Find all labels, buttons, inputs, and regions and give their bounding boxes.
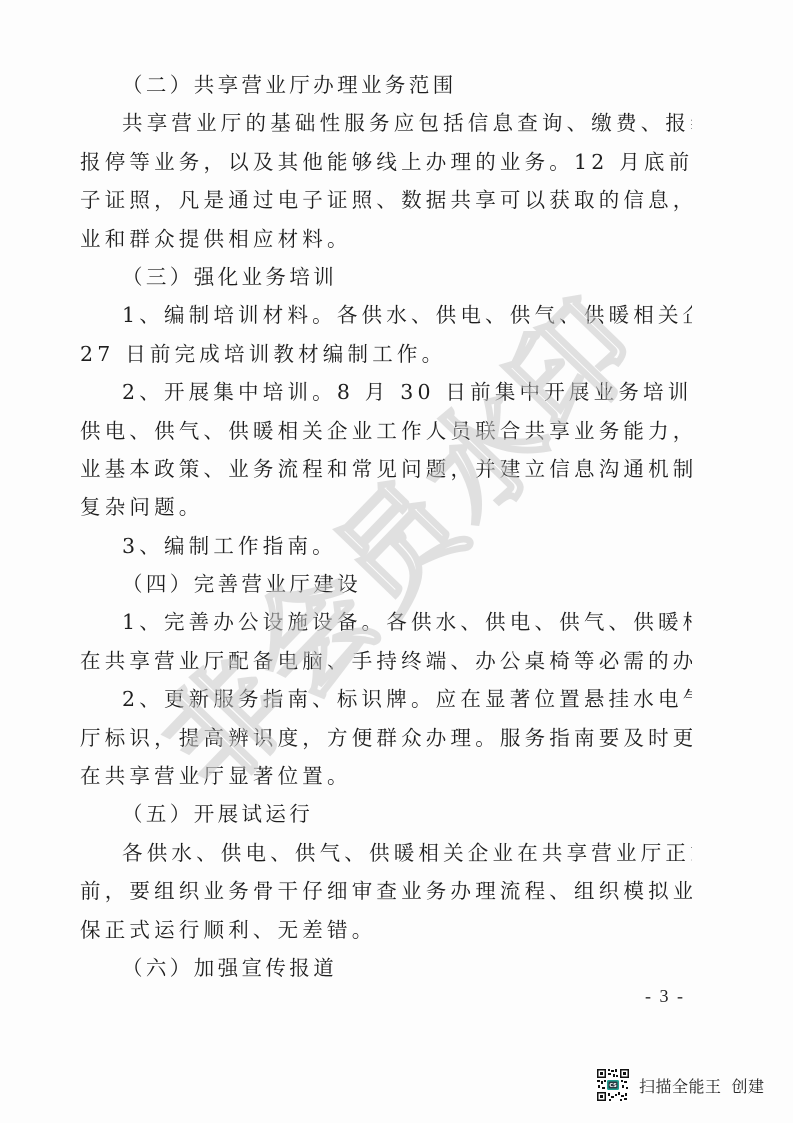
scanner-action-label: 创建 [732, 1077, 765, 1096]
section-heading-3: （三）强化业务培训 [80, 258, 692, 296]
paragraph-line: 2、更新服务指南、标识牌。应在显著位置悬挂水电气暖共享营业 [80, 680, 692, 718]
scanner-attribution-text: 扫描全能王创建 [639, 1074, 765, 1097]
section-heading-2: （二）共享营业厅办理业务范围 [80, 66, 692, 104]
paragraph-line: 子证照，凡是通过电子证照、数据共享可以获取的信息，不再要求企 [80, 181, 692, 219]
paragraph-line: 1、编制培训材料。各供水、供电、供气、供暖相关企业于 8 月 [80, 296, 692, 334]
section-heading-5: （五）开展试运行 [80, 795, 692, 833]
section-heading-4: （四）完善营业厅建设 [80, 565, 692, 603]
paragraph-line: 报停等业务，以及其他能够线上办理的业务。12 月底前，全面应用电 [80, 143, 692, 181]
paragraph-line: 在共享营业厅配备电脑、手持终端、办公桌椅等必需的办公设施设备。 [80, 642, 692, 680]
paragraph-line: 供电、供气、供暖相关企业工作人员联合共享业务能力，掌握不同行 [80, 412, 692, 450]
paragraph-line: 在共享营业厅显著位置。 [80, 757, 692, 795]
document-page: （二）共享营业厅办理业务范围 共享营业厅的基础性服务应包括信息查询、缴费、报装、… [0, 0, 793, 1123]
paragraph-line: 2、开展集中培训。8 月 30 日前集中开展业务培训，提高各供水、 [80, 373, 692, 411]
paragraph-line: 1、完善办公设施设备。各供水、供电、供气、供暖相关企业应当 [80, 603, 692, 641]
paragraph-line: 业基本政策、业务流程和常见问题，并建立信息沟通机制，及时解答 [80, 450, 692, 488]
page-number: - 3 - [645, 986, 685, 1007]
paragraph-line: 3、编制工作指南。 [80, 527, 692, 565]
qr-code-icon: CS [596, 1068, 630, 1102]
paragraph-line: 前，要组织业务骨干仔细审查业务办理流程、组织模拟业务办理，确 [80, 872, 692, 910]
paragraph-line: 27 日前完成培训教材编制工作。 [80, 335, 692, 373]
scanner-app-name: 扫描全能王 [639, 1077, 722, 1096]
paragraph-line: 复杂问题。 [80, 488, 692, 526]
svg-text:CS: CS [609, 1083, 617, 1089]
paragraph-line: 业和群众提供相应材料。 [80, 220, 692, 258]
section-heading-6: （六）加强宣传报道 [80, 949, 692, 987]
paragraph-line: 共享营业厅的基础性服务应包括信息查询、缴费、报装、 报修、 [80, 104, 692, 142]
paragraph-line: 各供水、供电、供气、供暖相关企业在共享营业厅正式投入运行 [80, 834, 692, 872]
paragraph-line: 保正式运行顺利、无差错。 [80, 911, 692, 949]
document-body: （二）共享营业厅办理业务范围 共享营业厅的基础性服务应包括信息查询、缴费、报装、… [80, 66, 692, 987]
paragraph-line: 厅标识，提高辨识度，方便群众办理。服务指南要及时更新，并摆放 [80, 719, 692, 757]
scanner-attribution: CS 扫描全能王创建 [596, 1068, 765, 1102]
